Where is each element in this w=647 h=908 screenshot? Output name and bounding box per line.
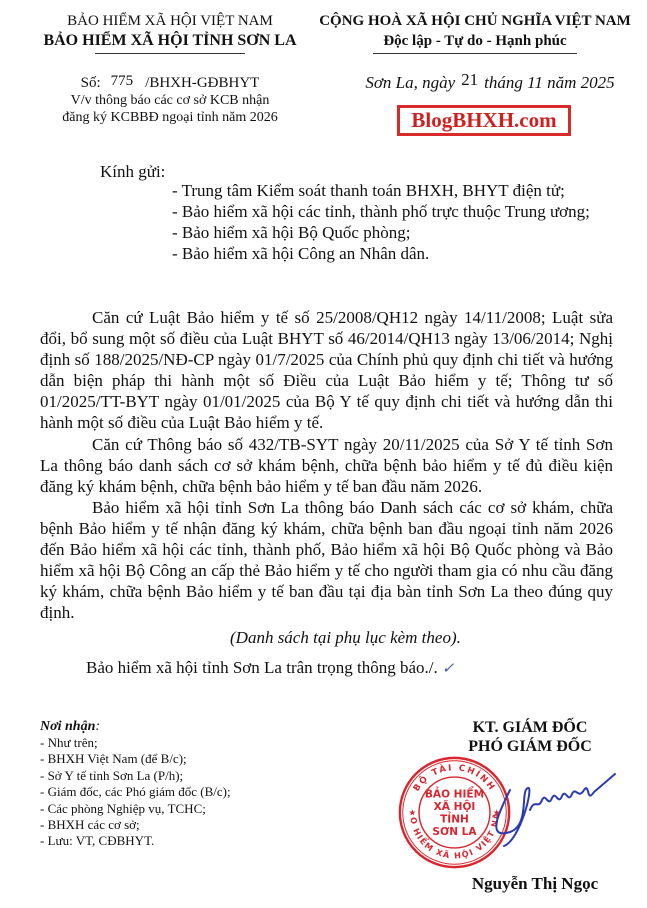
recipient-item: - Giám đốc, các Phó giám đốc (B/c);	[40, 784, 231, 800]
svg-text:★: ★	[409, 808, 417, 818]
national-header: CỘNG HOÀ XÃ HỘI CHỦ NGHĨA VIỆT NAM Độc l…	[310, 12, 640, 54]
place-date: Sơn La, ngày21tháng 11 năm 2025	[345, 72, 635, 94]
national-motto: Độc lập - Tự do - Hạnh phúc	[310, 31, 640, 51]
subject-line-1: V/v thông báo các cơ sở KCB nhận	[30, 92, 310, 109]
initial-mark-icon: ✓	[442, 661, 455, 677]
document-number: Số:775/BHXH-GĐBHYT	[30, 74, 310, 93]
signer-name: Nguyễn Thị Ngọc	[440, 873, 630, 895]
motto-underline	[373, 53, 577, 54]
date-day: 21	[461, 69, 478, 91]
recipients-title-colon: :	[95, 719, 100, 734]
svg-text:XÃ HỘI: XÃ HỘI	[434, 800, 476, 813]
agency-underline	[95, 53, 245, 54]
addressee-item: - Bảo hiểm xã hội Công an Nhân dân.	[172, 243, 590, 264]
closing-line: Bảo hiểm xã hội tỉnh Sơn La trân trọng t…	[86, 657, 454, 680]
recipients-block: Nơi nhận: - Như trên; - BHXH Việt Nam (đ…	[40, 719, 231, 850]
signature-line-2: PHÓ GIÁM ĐỐC	[430, 737, 630, 756]
place-prefix: Sơn La, ngày	[365, 73, 455, 92]
recipient-item: - BHXH các cơ sở;	[40, 817, 231, 833]
body-paragraph: Bảo hiểm xã hội tỉnh Sơn La thông báo Da…	[40, 497, 613, 623]
signature-title: KT. GIÁM ĐỐC PHÓ GIÁM ĐỐC	[430, 718, 630, 756]
doc-code: /BHXH-GĐBHYT	[145, 75, 259, 91]
recipient-item: - BHXH Việt Nam (để B/c);	[40, 751, 231, 767]
country-name: CỘNG HOÀ XÃ HỘI CHỦ NGHĨA VIỆT NAM	[310, 12, 640, 31]
handwritten-signature-icon	[490, 770, 620, 850]
body-paragraph: Căn cứ Luật Bảo hiểm y tế số 25/2008/QH1…	[40, 307, 613, 433]
addressee-item: - Trung tâm Kiểm soát thanh toán BHXH, B…	[172, 180, 590, 201]
doc-no-value: 775	[111, 72, 134, 91]
body-paragraph: Căn cứ Thông báo số 432/TB-SYT ngày 20/1…	[40, 434, 613, 497]
recipients-title: Nơi nhận	[40, 719, 95, 734]
recipient-item: - Sở Y tế tỉnh Sơn La (P/h);	[40, 768, 231, 784]
agency-name: BẢO HIỂM XÃ HỘI TỈNH SƠN LA	[30, 31, 310, 51]
date-month-year: tháng 11 năm 2025	[484, 73, 615, 92]
recipient-item: - Như trên;	[40, 735, 231, 751]
addressee-item: - Bảo hiểm xã hội các tỉnh, thành phố tr…	[172, 201, 590, 222]
annex-note: (Danh sách tại phụ lục kèm theo).	[230, 627, 461, 649]
agency-parent: BẢO HIỂM XÃ HỘI VIỆT NAM	[30, 12, 310, 31]
doc-no-label: Số:	[81, 75, 101, 91]
signature-line-1: KT. GIÁM ĐỐC	[430, 718, 630, 737]
closing-text: Bảo hiểm xã hội tỉnh Sơn La trân trọng t…	[86, 658, 438, 677]
recipient-item: - Lưu: VT, CĐBHYT.	[40, 833, 231, 849]
addressee-label: Kính gửi:	[100, 161, 165, 183]
document-subject: V/v thông báo các cơ sở KCB nhận đăng ký…	[30, 92, 310, 126]
recipients-list: - Như trên; - BHXH Việt Nam (để B/c); - …	[40, 735, 231, 850]
watermark-badge: BlogBHXH.com	[397, 105, 571, 136]
svg-text:SƠN LA: SƠN LA	[432, 826, 477, 838]
subject-line-2: đăng ký KCBBĐ ngoại tỉnh năm 2026	[30, 109, 310, 126]
recipient-item: - Các phòng Nghiệp vụ, TCHC;	[40, 801, 231, 817]
addressee-item: - Bảo hiểm xã hội Bộ Quốc phòng;	[172, 222, 590, 243]
agency-header: BẢO HIỂM XÃ HỘI VIỆT NAM BẢO HIỂM XÃ HỘI…	[30, 12, 310, 54]
svg-text:BẢO HIỂM: BẢO HIỂM	[425, 786, 484, 801]
svg-text:TỈNH: TỈNH	[440, 812, 469, 826]
addressee-list: - Trung tâm Kiểm soát thanh toán BHXH, B…	[172, 180, 590, 264]
